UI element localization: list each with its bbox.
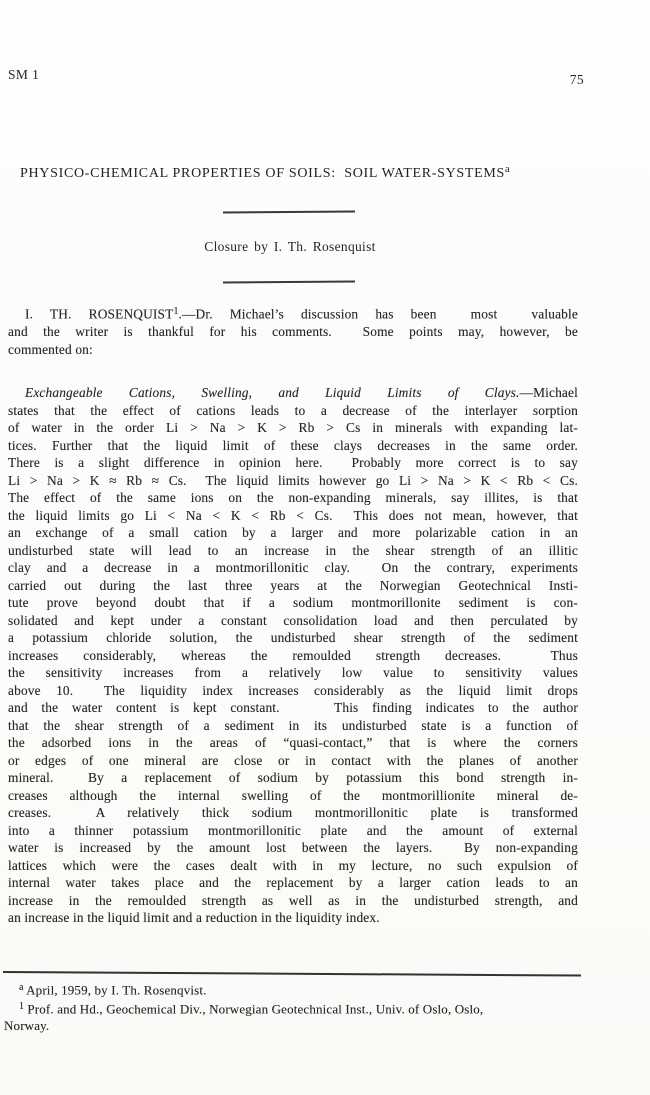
article-body: I. TH. ROSENQUIST1.—Dr. Michael’s discus… <box>8 303 578 927</box>
text-line: a April, 1959, by I. Th. Rosenqvist. <box>4 980 582 999</box>
text-line: Exchangeable Cations, Swelling, and Liqu… <box>8 384 578 402</box>
text-line: carried out during the last three years … <box>8 577 578 595</box>
article-title: PHYSICO-CHEMICAL PROPERTIES OF SOILS: SO… <box>20 164 620 182</box>
text-line: the liquid limits go Li < Na < K < Rb < … <box>8 507 578 525</box>
text-line: or edges of one mineral are close or in … <box>8 752 578 770</box>
page-number: 75 <box>570 72 584 88</box>
footnotes: a April, 1959, by I. Th. Rosenqvist.1 Pr… <box>4 980 582 1035</box>
text-line: The effect of the same ions on the non-e… <box>8 489 578 507</box>
text-line: the sensitivity increases from a relativ… <box>8 664 578 682</box>
text-line: solidated and kept under a constant cons… <box>8 612 578 630</box>
text-line: clay and a decrease in a montmorilloniti… <box>8 559 578 577</box>
footnote-rule <box>3 971 581 977</box>
text-line: undisturbed state will lead to an increa… <box>8 542 578 560</box>
text-line: internal water takes place and the repla… <box>8 874 578 892</box>
text-line: 1 Prof. and Hd., Geochemical Div., Norwe… <box>4 999 582 1018</box>
article-title-text: PHYSICO-CHEMICAL PROPERTIES OF SOILS: SO… <box>20 166 505 181</box>
text-line: I. TH. ROSENQUIST1.—Dr. Michael’s discus… <box>8 303 578 323</box>
divider-rule-bottom <box>223 281 355 284</box>
paragraph: I. TH. ROSENQUIST1.—Dr. Michael’s discus… <box>8 303 578 358</box>
text-line: an increase in the liquid limit and a re… <box>8 909 578 927</box>
text-line: the adsorbed ions in the areas of “quasi… <box>8 734 578 752</box>
closure-byline: Closure by I. Th. Rosenquist <box>0 239 580 255</box>
text-line: commented on: <box>8 341 578 359</box>
text-line: Li > Na > K ≈ Rb ≈ Cs. The liquid limits… <box>8 472 578 490</box>
document-page: SM 1 75 PHYSICO-CHEMICAL PROPERTIES OF S… <box>0 0 650 1095</box>
text-line: an exchange of a small cation by a large… <box>8 524 578 542</box>
text-line: states that the effect of cations leads … <box>8 402 578 420</box>
divider-rule-top <box>223 211 355 214</box>
text-line: into a thinner potassium montmorilloniti… <box>8 822 578 840</box>
text-line: a potassium chloride solution, the undis… <box>8 629 578 647</box>
text-line: There is a slight difference in opinion … <box>8 454 578 472</box>
text-line: increase in the remoulded strength as we… <box>8 892 578 910</box>
text-line: water is increased by the amount lost be… <box>8 839 578 857</box>
text-line: mineral. By a replacement of sodium by p… <box>8 769 578 787</box>
text-line: that the shear strength of a sediment in… <box>8 717 578 735</box>
text-line: increases considerably, whereas the remo… <box>8 647 578 665</box>
running-head: SM 1 75 <box>8 67 584 83</box>
paragraph: Exchangeable Cations, Swelling, and Liqu… <box>8 384 578 927</box>
text-line: creases. A relatively thick sodium montm… <box>8 804 578 822</box>
text-line: lattices which were the cases dealt with… <box>8 857 578 875</box>
text-line: and the writer is thankful for his comme… <box>8 323 578 341</box>
text-line: tute prove beyond doubt that if a sodium… <box>8 594 578 612</box>
text-line: of water in the order Li > Na > K > Rb >… <box>8 419 578 437</box>
title-footnote-marker: a <box>505 164 510 175</box>
text-line: above 10. The liquidity index increases … <box>8 682 578 700</box>
text-line: Norway. <box>4 1018 582 1035</box>
running-head-left: SM 1 <box>8 67 39 83</box>
text-line: tices. Further that the liquid limit of … <box>8 437 578 455</box>
text-line: creases although the internal swelling o… <box>8 787 578 805</box>
text-line: and the water content is kept constant. … <box>8 699 578 717</box>
